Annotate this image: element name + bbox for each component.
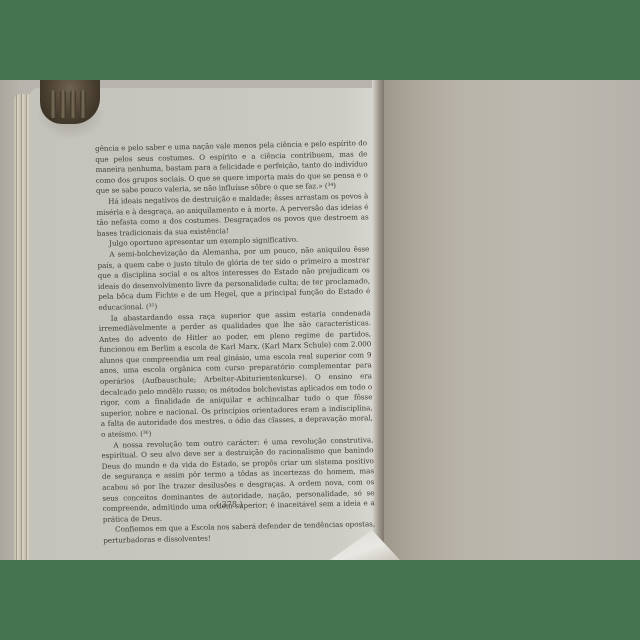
- right-page-blank: [382, 80, 640, 560]
- finger-shape: [70, 90, 76, 118]
- paragraph: Há ideais negativos de destruição e mald…: [96, 191, 369, 239]
- finger-shape: [80, 90, 86, 118]
- paragraph: Confiemos em que a Escola nos saberá def…: [103, 520, 375, 547]
- top-frame-band: [0, 0, 640, 80]
- page-number: ( 378 ): [216, 500, 243, 509]
- paragraph: A semi-bolchevização da Alemanha, por um…: [97, 244, 370, 313]
- book-photo: gência e pelo saber e uma nação vale men…: [0, 80, 640, 560]
- finger-shape: [50, 90, 56, 118]
- paragraph: Ia abastardando essa raça superior que a…: [99, 308, 374, 441]
- hand-bookend-icon: [40, 80, 100, 124]
- page-text-block: gência e pelo saber e uma nação vale men…: [95, 138, 376, 560]
- paragraph: A nossa revolução tem outro carácter: é …: [101, 435, 375, 525]
- bottom-frame-band: [0, 560, 640, 640]
- paragraph: gência e pelo saber e uma nação vale men…: [95, 138, 368, 197]
- finger-shape: [60, 90, 66, 118]
